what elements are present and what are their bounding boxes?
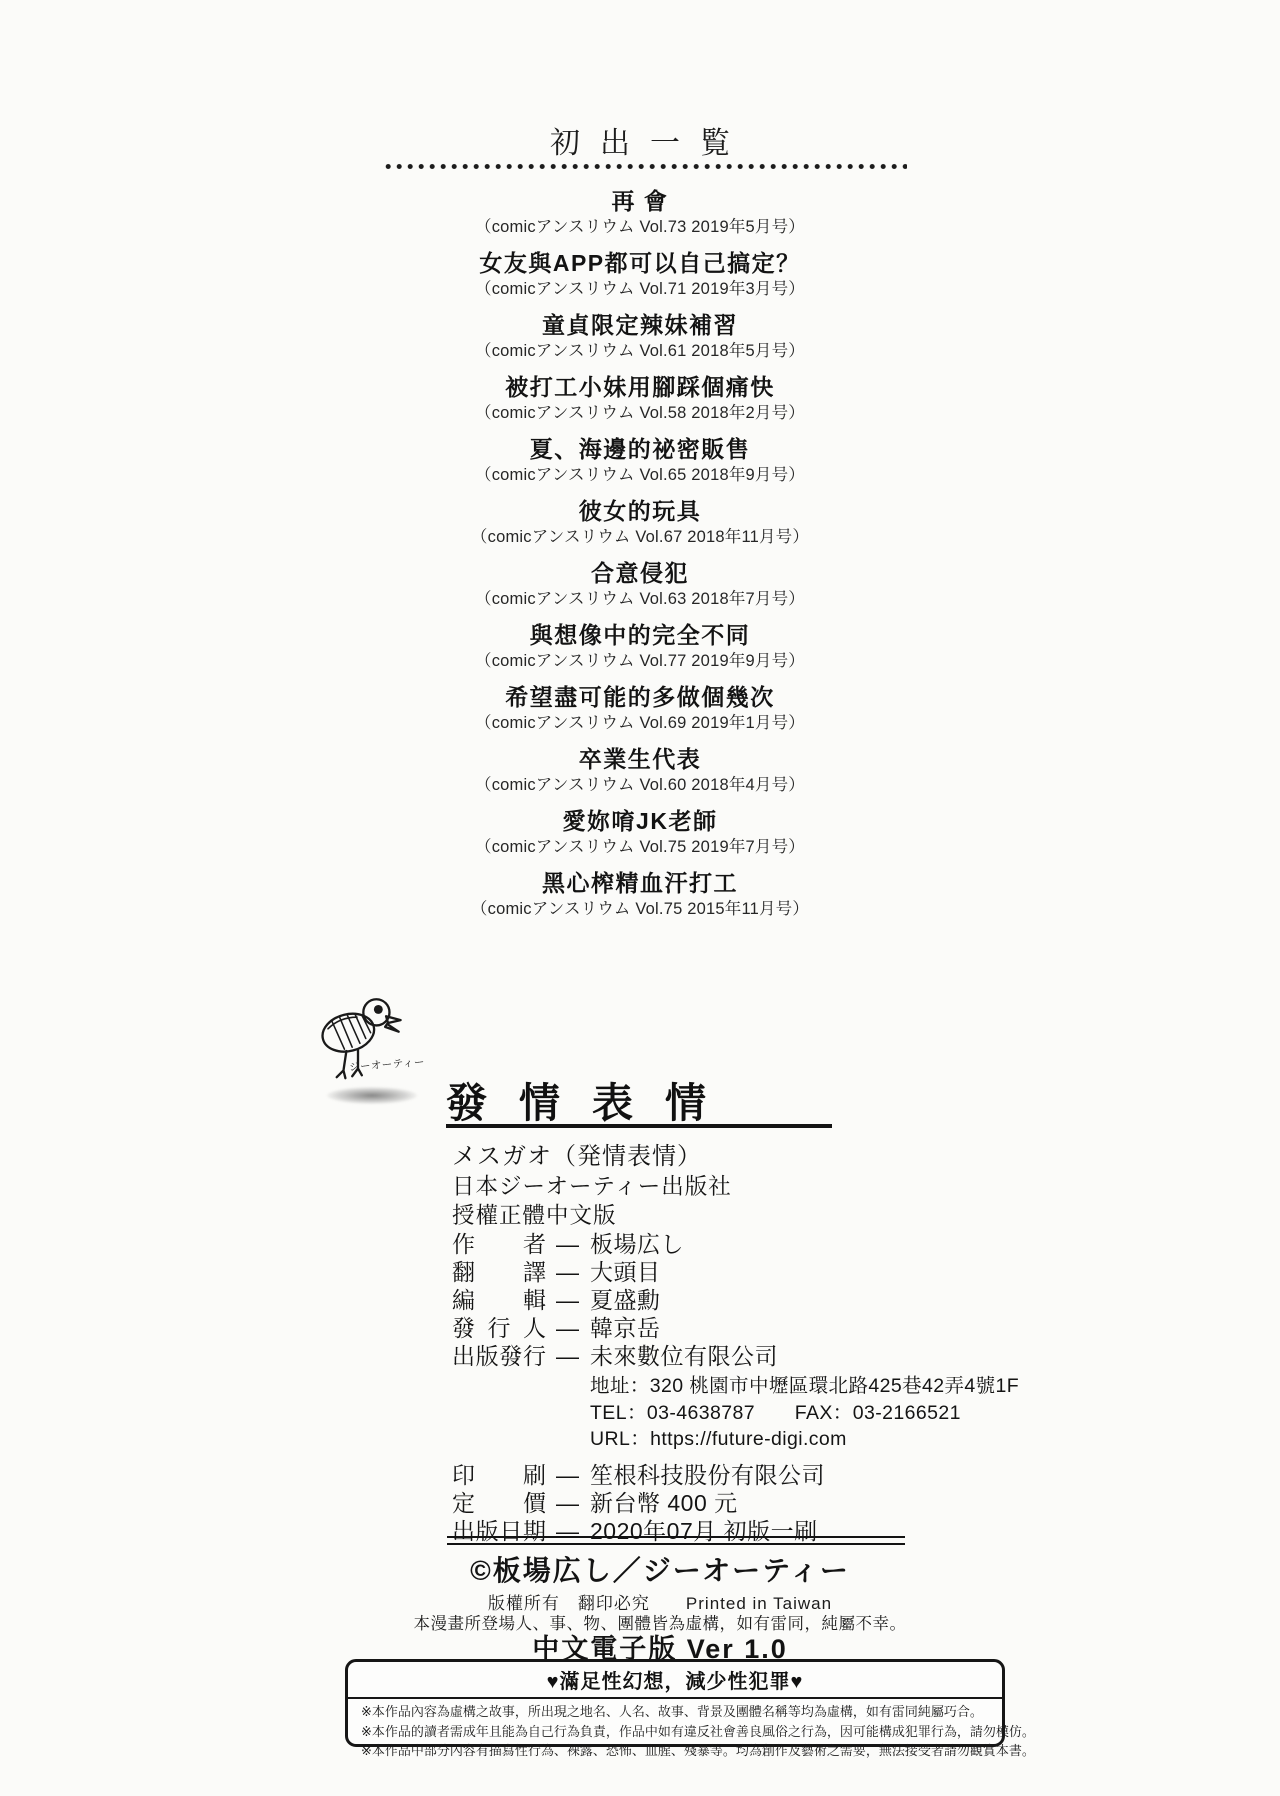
credit-row: 翻譯—大頭目 <box>452 1261 1019 1284</box>
chapter-source: （comicアンスリウム Vol.65 2018年9月号） <box>0 464 1280 487</box>
reprint-entry: 童貞限定辣妹補習 （comicアンスリウム Vol.61 2018年5月号） <box>0 310 1280 363</box>
credit-detail-line: 地址：320 桃園市中壢區環北路425巷42弄4號1F <box>590 1373 1019 1400</box>
chapter-title: 彼女的玩具 <box>0 496 1280 526</box>
disclaimer-line: ※本作品的讀者需成年且能為自己行為負責，作品中如有違反社會善良風俗之行為，因可能… <box>361 1722 996 1742</box>
credit-label: 印刷 <box>452 1464 546 1487</box>
chapter-source: （comicアンスリウム Vol.58 2018年2月号） <box>0 402 1280 425</box>
credit-dash: — <box>556 1317 582 1340</box>
reprint-entry: 再 會 （comicアンスリウム Vol.73 2019年5月号） <box>0 186 1280 239</box>
chapter-source: （comicアンスリウム Vol.60 2018年4月号） <box>0 774 1280 797</box>
rights-reserved-line: 版權所有 翻印必究 Printed in Taiwan <box>40 1589 1280 1614</box>
notice-disclaimers: ※本作品內容為虛構之故事，所出現之地名、人名、故事、背景及團體名稱等均為虛構，如… <box>348 1699 1002 1761</box>
copyright-line: ©板場広し／ジーオーティー <box>40 1549 1280 1589</box>
fiction-disclaimer-line: 本漫畫所登場人、事、物、團體皆為虛構，如有雷同，純屬不幸。 <box>40 1610 1280 1634</box>
chapter-title: 與想像中的完全不同 <box>0 620 1280 650</box>
dotted-divider <box>385 163 907 170</box>
credit-detail-line: URL：https://future-digi.com <box>590 1426 1019 1453</box>
chapter-source: （comicアンスリウム Vol.75 2019年7月号） <box>0 836 1280 859</box>
credit-label: 編輯 <box>452 1289 546 1312</box>
credit-label: 發行人 <box>452 1317 546 1340</box>
reprint-entry: 黑心榨精血汗打工 （comicアンスリウム Vol.75 2015年11月号） <box>0 868 1280 921</box>
reprint-list-title: 初出一覧 <box>0 118 1280 162</box>
chapter-title: 夏、海邊的祕密販售 <box>0 434 1280 464</box>
credit-label: 翻譯 <box>452 1261 546 1284</box>
credit-row: 發行人—韓京岳 <box>452 1317 1019 1340</box>
chapter-source: （comicアンスリウム Vol.73 2019年5月号） <box>0 216 1280 239</box>
credit-row: 定價—新台幣 400 元 <box>452 1492 1019 1515</box>
credit-dash: — <box>556 1261 582 1284</box>
credit-row: 編輯—夏盛勳 <box>452 1289 1019 1312</box>
credit-dash: — <box>556 1233 582 1256</box>
chapter-title: 被打工小妹用腳踩個痛快 <box>0 372 1280 402</box>
reprint-entry: 愛妳唷JK老師 （comicアンスリウム Vol.75 2019年7月号） <box>0 806 1280 859</box>
chapter-source: （comicアンスリウム Vol.77 2019年9月号） <box>0 650 1280 673</box>
credit-dash: — <box>556 1464 582 1487</box>
chapter-title: 再 會 <box>0 186 1280 216</box>
credit-label: 出版發行 <box>452 1345 546 1368</box>
license-statement: 日本ジーオーティー出版社 授權正體中文版 <box>452 1172 732 1230</box>
colophon-page: 初出一覧 再 會 （comicアンスリウム Vol.73 2019年5月号） 女… <box>0 0 1280 1796</box>
credit-value: 板場広し <box>590 1233 684 1256</box>
chapter-title: 希望盡可能的多做個幾次 <box>0 682 1280 712</box>
reprint-entry: 卒業生代表 （comicアンスリウム Vol.60 2018年4月号） <box>0 744 1280 797</box>
chapter-title: 合意侵犯 <box>0 558 1280 588</box>
credit-label: 作者 <box>452 1233 546 1256</box>
reprint-entries: 再 會 （comicアンスリウム Vol.73 2019年5月号） 女友與APP… <box>0 186 1280 930</box>
reprint-entry: 合意侵犯 （comicアンスリウム Vol.63 2018年7月号） <box>0 558 1280 611</box>
notice-box: ♥滿足性幻想，減少性犯罪♥ ※本作品內容為虛構之故事，所出現之地名、人名、故事、… <box>345 1659 1005 1747</box>
credit-detail-line: TEL：03-4638787 FAX：03-2166521 <box>590 1400 1019 1427</box>
disclaimer-line: ※本作品內容為虛構之故事，所出現之地名、人名、故事、背景及團體名稱等均為虛構，如… <box>361 1702 996 1722</box>
credit-value: 夏盛勳 <box>590 1289 661 1312</box>
book-title: 發情表情 <box>446 1070 738 1129</box>
notice-slogan: ♥滿足性幻想，減少性犯罪♥ <box>348 1662 1002 1694</box>
credit-label: 定價 <box>452 1492 546 1515</box>
chapter-source: （comicアンスリウム Vol.61 2018年5月号） <box>0 340 1280 363</box>
disclaimer-line: ※本作品中部分內容有描寫性行為、裸露、恐怖、血腥、殘暴等。均為創作及藝術之需要，… <box>361 1741 996 1761</box>
chapter-source: （comicアンスリウム Vol.63 2018年7月号） <box>0 588 1280 611</box>
original-japanese-title: メスガオ（発情表情） <box>452 1136 702 1171</box>
chapter-title: 卒業生代表 <box>0 744 1280 774</box>
reprint-entry: 彼女的玩具 （comicアンスリウム Vol.67 2018年11月号） <box>0 496 1280 549</box>
credit-value: 未來數位有限公司 <box>590 1345 778 1368</box>
license-line: 日本ジーオーティー出版社 <box>452 1172 732 1201</box>
credit-row: 出版發行—未來數位有限公司 <box>452 1345 1019 1368</box>
double-rule <box>447 1536 905 1545</box>
credit-dash: — <box>556 1492 582 1515</box>
chapter-title: 女友與APP都可以自己搞定？ <box>0 248 1280 278</box>
chapter-title: 黑心榨精血汗打工 <box>0 868 1280 898</box>
reprint-entry: 女友與APP都可以自己搞定？ （comicアンスリウム Vol.71 2019年… <box>0 248 1280 301</box>
chapter-source: （comicアンスリウム Vol.67 2018年11月号） <box>0 526 1280 549</box>
credit-row: 印刷—笙根科技股份有限公司 <box>452 1464 1019 1487</box>
credit-value: 韓京岳 <box>590 1317 661 1340</box>
chapter-source: （comicアンスリウム Vol.75 2015年11月号） <box>0 898 1280 921</box>
chapter-title: 童貞限定辣妹補習 <box>0 310 1280 340</box>
logo-shadow <box>327 1087 417 1104</box>
reprint-entry: 與想像中的完全不同 （comicアンスリウム Vol.77 2019年9月号） <box>0 620 1280 673</box>
chapter-title: 愛妳唷JK老師 <box>0 806 1280 836</box>
reprint-entry: 夏、海邊的祕密販售 （comicアンスリウム Vol.65 2018年9月号） <box>0 434 1280 487</box>
credit-value: 笙根科技股份有限公司 <box>590 1464 825 1487</box>
chapter-source: （comicアンスリウム Vol.71 2019年3月号） <box>0 278 1280 301</box>
credits-list: 作者—板場広し 翻譯—大頭目 編輯—夏盛勳 發行人—韓京岳 出版發行—未來數位有… <box>452 1233 1019 1548</box>
credit-value: 大頭目 <box>590 1261 661 1284</box>
license-line: 授權正體中文版 <box>452 1201 732 1230</box>
publisher-bird-logo-icon <box>314 992 402 1089</box>
reprint-entry: 被打工小妹用腳踩個痛快 （comicアンスリウム Vol.58 2018年2月号… <box>0 372 1280 425</box>
credit-dash: — <box>556 1289 582 1312</box>
credit-details: 地址：320 桃園市中壢區環北路425巷42弄4號1FTEL：03-463878… <box>590 1373 1019 1453</box>
title-underline <box>446 1124 832 1128</box>
credit-row: 作者—板場広し <box>452 1233 1019 1256</box>
credit-value: 新台幣 400 元 <box>590 1492 738 1515</box>
credit-dash: — <box>556 1345 582 1368</box>
chapter-source: （comicアンスリウム Vol.69 2019年1月号） <box>0 712 1280 735</box>
reprint-entry: 希望盡可能的多做個幾次 （comicアンスリウム Vol.69 2019年1月号… <box>0 682 1280 735</box>
